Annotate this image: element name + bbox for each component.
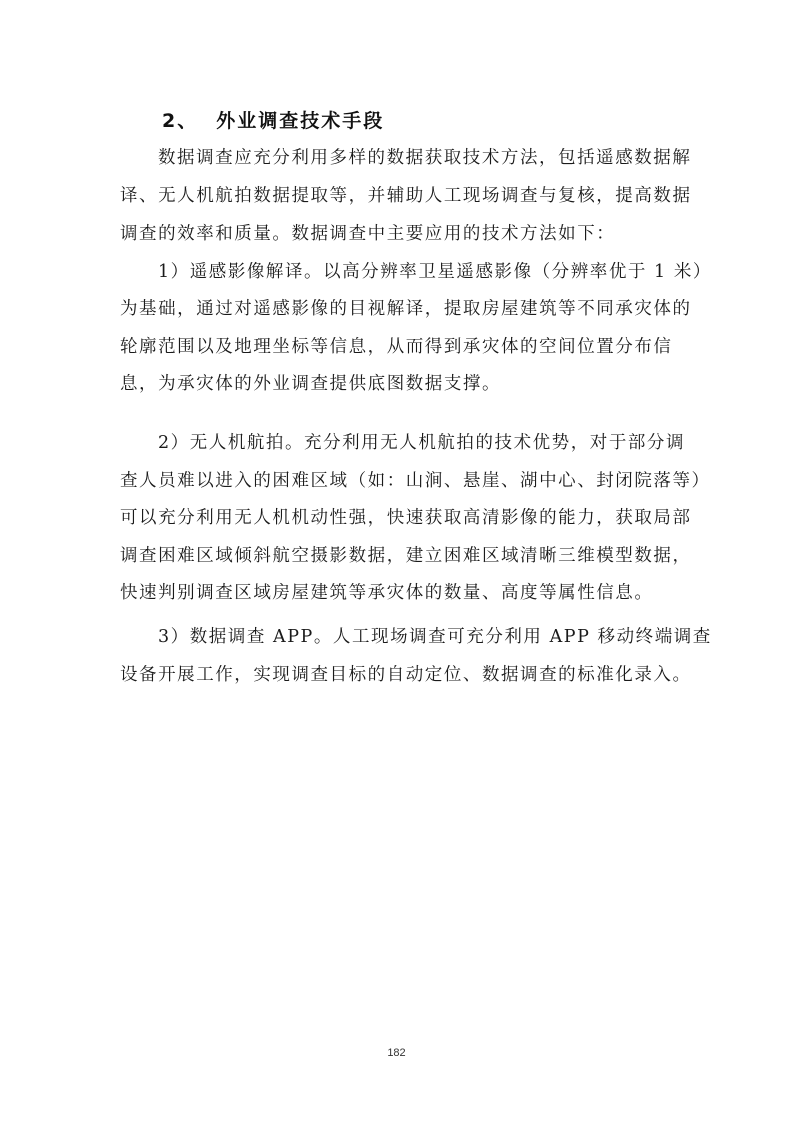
paragraph-remote-sensing-line-4: 息，为承灾体的外业调查提供底图数据支撑。 [120,372,676,396]
paragraph-app-line-1: 3）数据调查 APP。人工现场调查可充分利用 APP 移动终端调查 [158,625,714,649]
document-page: 2、外业调查技术手段 数据调查应充分利用多样的数据获取技术方法，包括遥感数据解 … [0,0,793,1122]
paragraph-intro-line-1: 数据调查应充分利用多样的数据获取技术方法，包括遥感数据解 [158,146,714,170]
page-number: 182 [0,1047,793,1059]
paragraph-intro-line-2: 译、无人机航拍数据提取等，并辅助人工现场调查与复核，提高数据 [120,184,676,208]
paragraph-intro-line-3: 调查的效率和质量。数据调查中主要应用的技术方法如下： [120,222,676,246]
paragraph-drone-line-4: 调查困难区域倾斜航空摄影数据，建立困难区域清晰三维模型数据， [120,544,676,568]
section-number: 2、 [162,110,198,132]
paragraph-remote-sensing-line-2: 为基础，通过对遥感影像的目视解译，提取房屋建筑等不同承灾体的 [120,297,676,321]
paragraph-drone-line-2: 查人员难以进入的困难区域（如：山涧、悬崖、湖中心、封闭院落等） [120,469,676,493]
paragraph-drone-line-1: 2）无人机航拍。充分利用无人机航拍的技术优势，对于部分调 [158,431,714,455]
paragraph-remote-sensing-line-1: 1）遥感影像解译。以高分辨率卫星遥感影像（分辨率优于 1 米） [158,260,714,284]
paragraph-remote-sensing-line-3: 轮廓范围以及地理坐标等信息，从而得到承灾体的空间位置分布信 [120,335,676,359]
section-heading: 2、外业调查技术手段 [162,106,384,136]
paragraph-drone-line-3: 可以充分利用无人机机动性强，快速获取高清影像的能力，获取局部 [120,506,676,530]
paragraph-app-line-2: 设备开展工作，实现调查目标的自动定位、数据调查的标准化录入。 [120,663,676,687]
section-title: 外业调查技术手段 [216,110,384,132]
paragraph-drone-line-5: 快速判别调查区域房屋建筑等承灾体的数量、高度等属性信息。 [120,581,676,605]
